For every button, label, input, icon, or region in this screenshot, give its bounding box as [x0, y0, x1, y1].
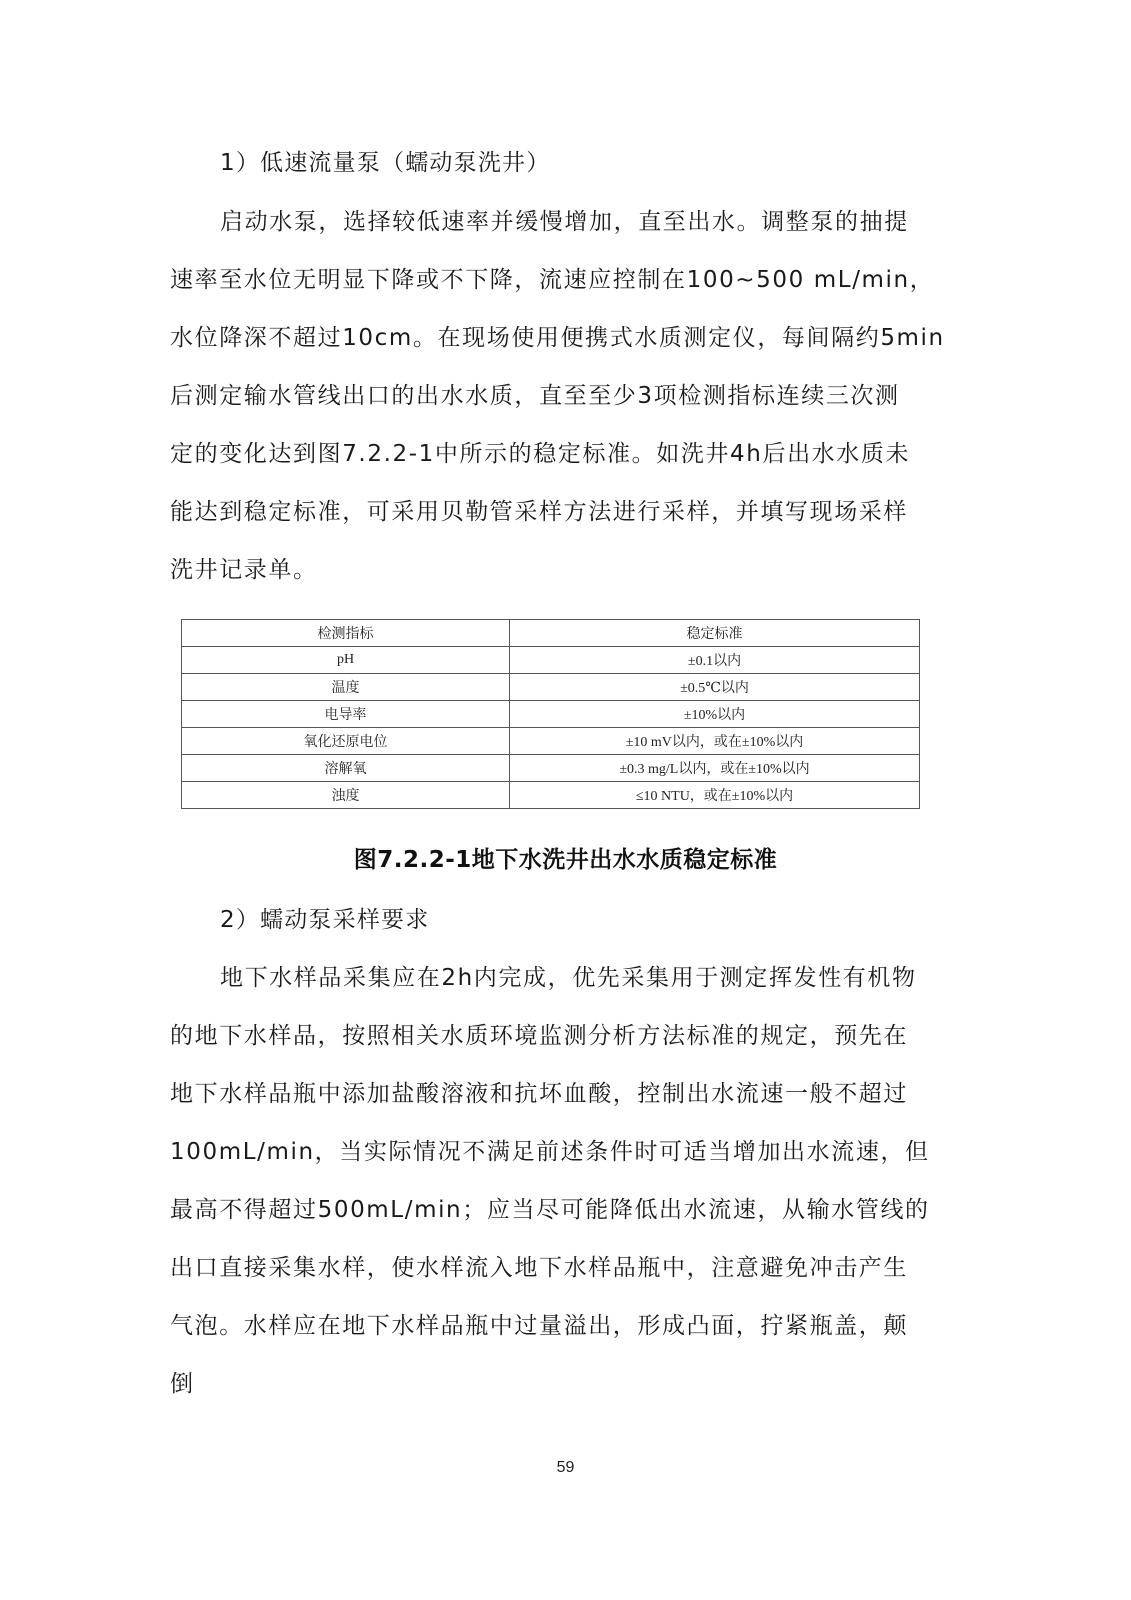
cell-standard: ±10%以内 [510, 701, 920, 728]
table-row: pH ±0.1以内 [182, 647, 920, 674]
cell-indicator: 氧化还原电位 [182, 728, 510, 755]
paragraph-line: 的地下水样品，按照相关水质环境监测分析方法标准的规定，预先在 [170, 1021, 940, 1051]
column-header-standard: 稳定标准 [510, 620, 920, 647]
cell-indicator: 温度 [182, 674, 510, 701]
paragraph-line: 洗井记录单。 [170, 555, 940, 585]
table-row: 温度 ±0.5℃以内 [182, 674, 920, 701]
stability-standard-table: 检测指标 稳定标准 pH ±0.1以内 温度 ±0.5℃以内 电导率 ±10%以… [181, 619, 919, 809]
paragraph-line: 出口直接采集水样，使水样流入地下水样品瓶中，注意避免冲击产生 [170, 1253, 940, 1283]
table-row: 氧化还原电位 ±10 mV以内，或在±10%以内 [182, 728, 920, 755]
table-row: 电导率 ±10%以内 [182, 701, 920, 728]
paragraph-line: 启动水泵，选择较低速率并缓慢增加，直至出水。调整泵的抽提 [220, 207, 940, 237]
figure-caption: 图7.2.2-1地下水洗井出水水质稳定标准 [0, 845, 1131, 875]
table-header-row: 检测指标 稳定标准 [182, 620, 920, 647]
cell-indicator: pH [182, 647, 510, 674]
document-page: 1）低速流量泵（蠕动泵洗井） 启动水泵，选择较低速率并缓慢增加，直至出水。调整泵… [0, 0, 1131, 1600]
cell-indicator: 浊度 [182, 782, 510, 809]
table-row: 溶解氧 ±0.3 mg/L以内，或在±10%以内 [182, 755, 920, 782]
paragraph-line: 速率至水位无明显下降或不下降，流速应控制在100~500 mL/min， [170, 265, 940, 295]
section-2-heading: 2）蠕动泵采样要求 [220, 905, 940, 935]
cell-indicator: 电导率 [182, 701, 510, 728]
paragraph-line: 地下水样品瓶中添加盐酸溶液和抗坏血酸，控制出水流速一般不超过 [170, 1079, 940, 1109]
paragraph-line: 100mL/min，当实际情况不满足前述条件时可适当增加出水流速，但 [170, 1137, 940, 1167]
cell-standard: ±0.5℃以内 [510, 674, 920, 701]
cell-standard: ±10 mV以内，或在±10%以内 [510, 728, 920, 755]
paragraph-line: 水位降深不超过10cm。在现场使用便携式水质测定仪，每间隔约5min [170, 323, 940, 353]
column-header-indicator: 检测指标 [182, 620, 510, 647]
paragraph-line: 地下水样品采集应在2h内完成，优先采集用于测定挥发性有机物 [220, 963, 940, 993]
cell-standard: ±0.1以内 [510, 647, 920, 674]
paragraph-line: 最高不得超过500mL/min；应当尽可能降低出水流速，从输水管线的 [170, 1195, 940, 1225]
table-row: 浊度 ≤10 NTU，或在±10%以内 [182, 782, 920, 809]
page-number: 59 [0, 1459, 1131, 1477]
cell-standard: ±0.3 mg/L以内，或在±10%以内 [510, 755, 920, 782]
paragraph-line: 能达到稳定标准，可采用贝勒管采样方法进行采样，并填写现场采样 [170, 497, 940, 527]
section-1-heading: 1）低速流量泵（蠕动泵洗井） [220, 148, 940, 178]
paragraph-line: 定的变化达到图7.2.2-1中所示的稳定标准。如洗井4h后出水水质未 [170, 439, 940, 469]
paragraph-line: 后测定输水管线出口的出水水质，直至至少3项检测指标连续三次测 [170, 381, 940, 411]
cell-indicator: 溶解氧 [182, 755, 510, 782]
paragraph-line: 气泡。水样应在地下水样品瓶中过量溢出，形成凸面，拧紧瓶盖，颠 [170, 1311, 940, 1341]
paragraph-line: 倒 [170, 1369, 940, 1399]
cell-standard: ≤10 NTU，或在±10%以内 [510, 782, 920, 809]
